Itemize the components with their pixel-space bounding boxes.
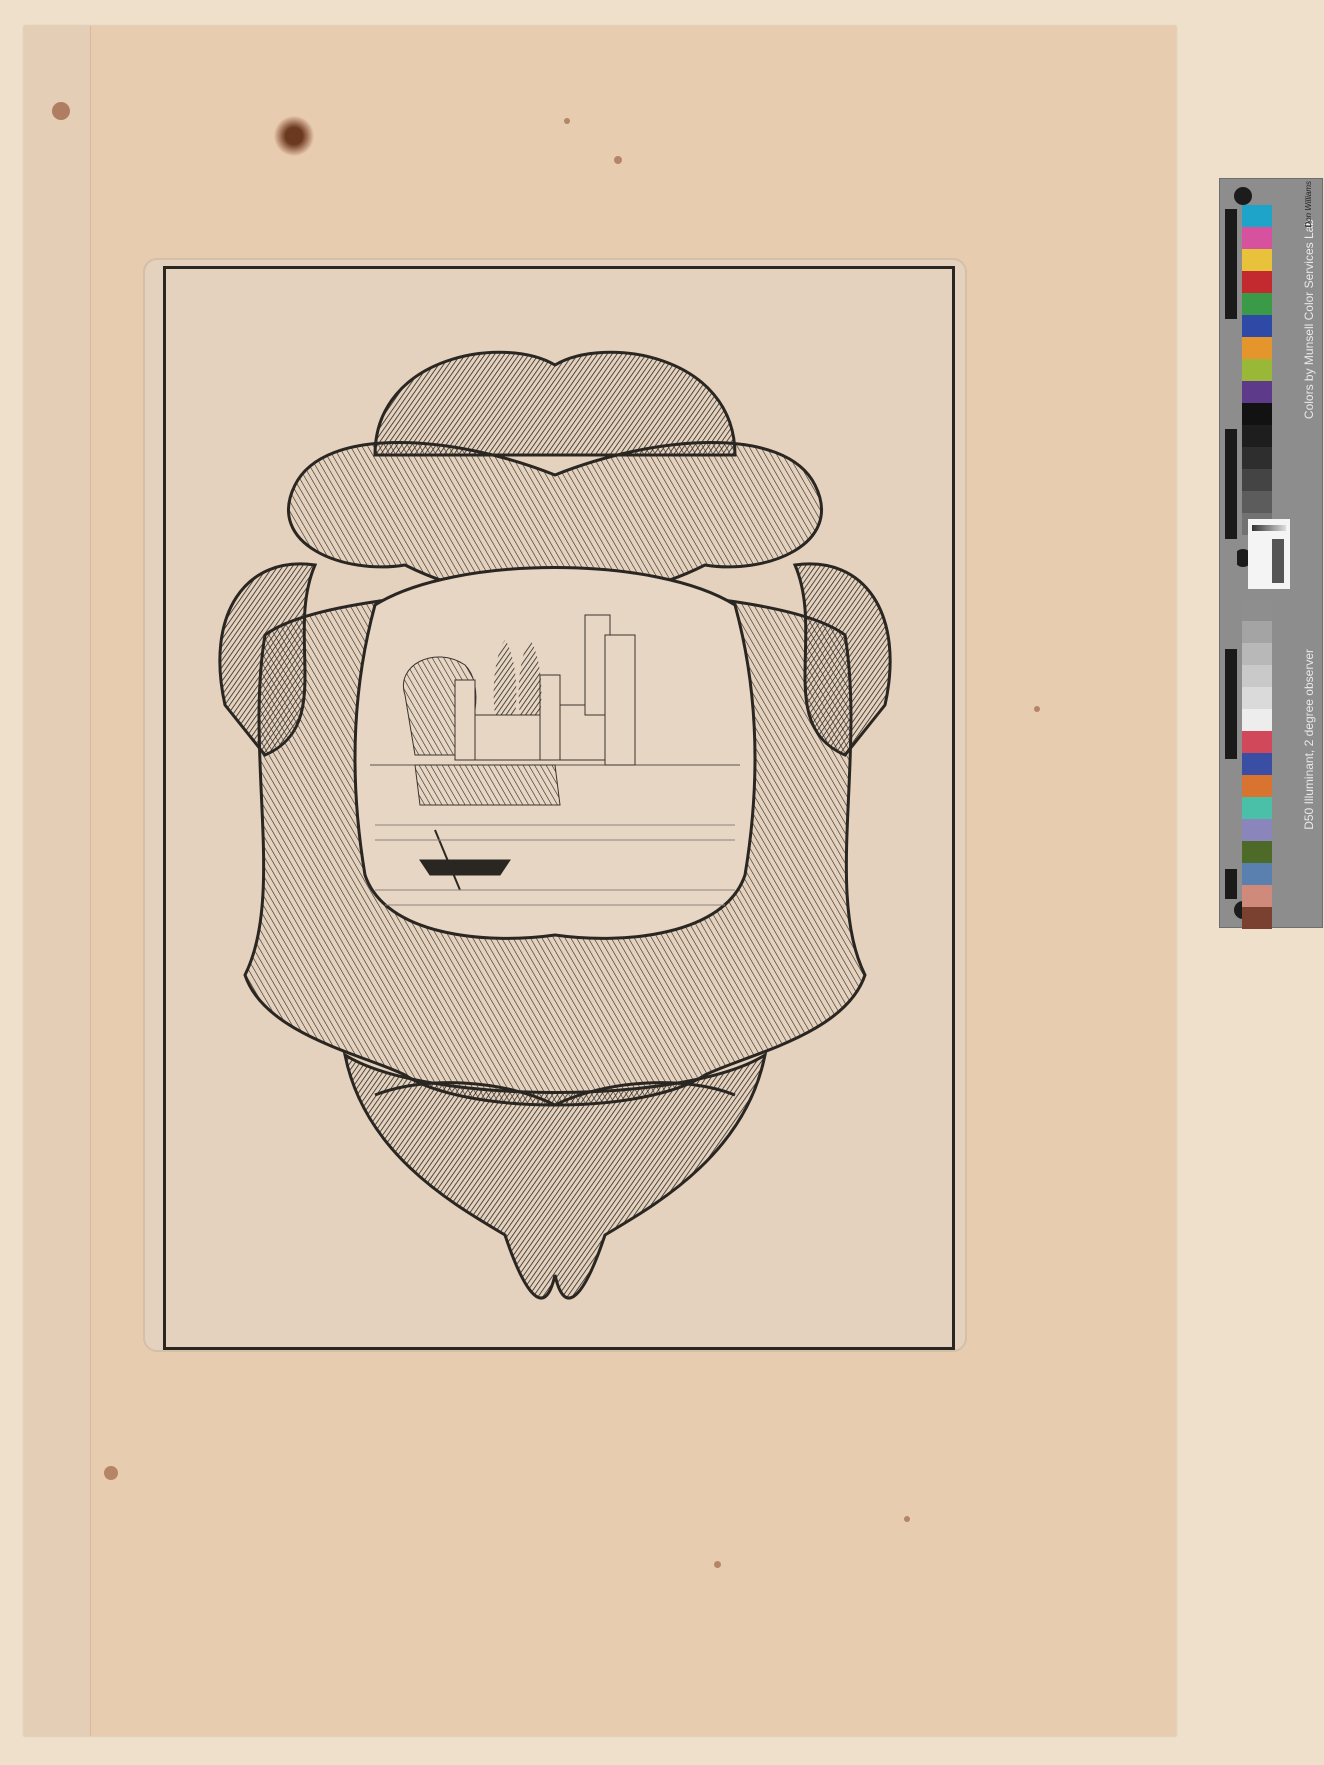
color-patch-25 bbox=[1242, 315, 1272, 337]
foxing-stain bbox=[904, 1516, 910, 1522]
target-hole-top bbox=[1234, 187, 1252, 205]
foxing-stain bbox=[104, 1466, 118, 1480]
color-patch-26 bbox=[1242, 293, 1272, 315]
color-patch-4 bbox=[1242, 841, 1272, 863]
color-patch-10 bbox=[1242, 709, 1272, 731]
foxing-stain bbox=[564, 118, 570, 124]
boat bbox=[420, 860, 510, 875]
color-patch-29 bbox=[1242, 227, 1272, 249]
color-calibration-target: Colors by Munsell Color Services Lab D50… bbox=[1219, 178, 1323, 928]
foxing-stain bbox=[52, 102, 70, 120]
cartouche-engraving bbox=[205, 335, 905, 1320]
foxing-stain bbox=[614, 156, 622, 164]
color-patch-17 bbox=[1242, 491, 1272, 513]
measurement-ruler bbox=[1225, 209, 1237, 899]
color-patch-24 bbox=[1242, 337, 1272, 359]
color-patch-18-b- bbox=[1242, 469, 1272, 491]
color-patch-12 bbox=[1242, 665, 1272, 687]
illuminant-text: D50 Illuminant, 2 degree observer bbox=[1302, 649, 1316, 830]
color-patch-27 bbox=[1242, 271, 1272, 293]
color-patches-top bbox=[1242, 205, 1272, 535]
grayscale-card bbox=[1248, 519, 1290, 589]
color-patch-3 bbox=[1242, 863, 1272, 885]
color-patch-23 bbox=[1242, 359, 1272, 381]
foxing-stain bbox=[274, 116, 314, 156]
signature-text: Don Williams bbox=[1304, 181, 1313, 228]
color-patch-1 bbox=[1242, 907, 1272, 929]
color-patch-2 bbox=[1242, 885, 1272, 907]
color-patches-bottom bbox=[1242, 599, 1272, 929]
foxing-stain bbox=[714, 1561, 721, 1568]
color-patch-7 bbox=[1242, 775, 1272, 797]
bottom-mask bbox=[345, 1055, 765, 1298]
color-patch-14 bbox=[1242, 621, 1272, 643]
color-patch-28 bbox=[1242, 249, 1272, 271]
color-patch-5 bbox=[1242, 819, 1272, 841]
color-patch-22 bbox=[1242, 381, 1272, 403]
munsell-brand-text: Colors by Munsell Color Services Lab bbox=[1302, 219, 1316, 419]
foxing-stain bbox=[1034, 706, 1040, 712]
color-patch-21 bbox=[1242, 403, 1272, 425]
color-patch-11-a- bbox=[1242, 687, 1272, 709]
color-patch-19 bbox=[1242, 447, 1272, 469]
color-patch-15 bbox=[1242, 599, 1272, 621]
color-patch-13 bbox=[1242, 643, 1272, 665]
shell-crest bbox=[375, 352, 735, 455]
color-patch-20 bbox=[1242, 425, 1272, 447]
color-patch-8 bbox=[1242, 753, 1272, 775]
color-patch-30 bbox=[1242, 205, 1272, 227]
color-patch-6 bbox=[1242, 797, 1272, 819]
color-patch-9 bbox=[1242, 731, 1272, 753]
